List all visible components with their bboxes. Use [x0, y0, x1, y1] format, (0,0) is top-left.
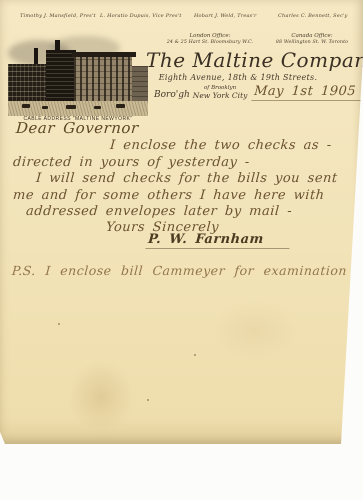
factory-building-center [46, 50, 76, 102]
paper-stain [210, 300, 300, 360]
body-line: addressed envelopes later by mail - [25, 204, 292, 219]
ink-speck [58, 323, 60, 325]
street-address: Eighth Avenue, 18th & 19th Streets. [150, 74, 326, 83]
city-line: Boro'gh of Brooklyn New York City [154, 86, 247, 100]
body-line: I enclose the two checks as - [109, 138, 332, 153]
london-office-address: 24 & 25 Hart St. Bloomsbury W.C. [162, 40, 258, 46]
canada-office: Canada Office: 88 Wellington St. W. Toro… [264, 33, 360, 45]
borough-label: Boro'gh [154, 91, 190, 100]
street-figure [22, 104, 30, 108]
officer-treasurer: Hobart J. Weld, Treas'r [194, 13, 257, 19]
street-figure [94, 106, 101, 109]
paper-stain [68, 360, 134, 434]
officer-president: Timothy J. Mansfield, Pres't [20, 13, 96, 19]
canada-office-address: 88 Wellington St. W. Toronto [264, 40, 360, 46]
street-figure [66, 105, 76, 109]
body-line: I will send checks for the bills you sen… [35, 171, 338, 186]
factory-building-far-right [132, 66, 148, 102]
salutation: Dear Governor [15, 119, 139, 137]
officer-vice-president: L. Horatio Dupuis, Vice Pres't [100, 13, 182, 19]
body-line: directed in yours of yesterday - [12, 155, 250, 170]
letter-paper: Timothy J. Mansfield, Pres't L. Horatio … [0, 0, 363, 444]
maltine-factory-engraving [8, 40, 148, 118]
handwritten-date: May 1st 1905 [251, 85, 363, 101]
postscript: P.S. I enclose bill Cammeyer for examina… [11, 263, 347, 278]
city-label: New York City [193, 92, 248, 100]
ink-speck [194, 354, 196, 356]
canada-office-label: Canada Office: [264, 33, 360, 40]
street-figure [42, 106, 48, 109]
factory-building-left [8, 64, 48, 102]
factory-building-right [74, 57, 132, 102]
body-line: me and for some others I have here with [12, 188, 325, 203]
signature: P. W. Farnham [145, 232, 290, 249]
london-office: London Office: 24 & 25 Hart St. Bloomsbu… [162, 33, 258, 45]
london-office-label: London Office: [162, 33, 258, 40]
company-name: The Maltine Company, [146, 49, 360, 71]
ink-speck [147, 399, 149, 401]
street-figure [116, 104, 125, 108]
officer-secretary: Charles C. Bennett, Sec'y [278, 13, 348, 19]
